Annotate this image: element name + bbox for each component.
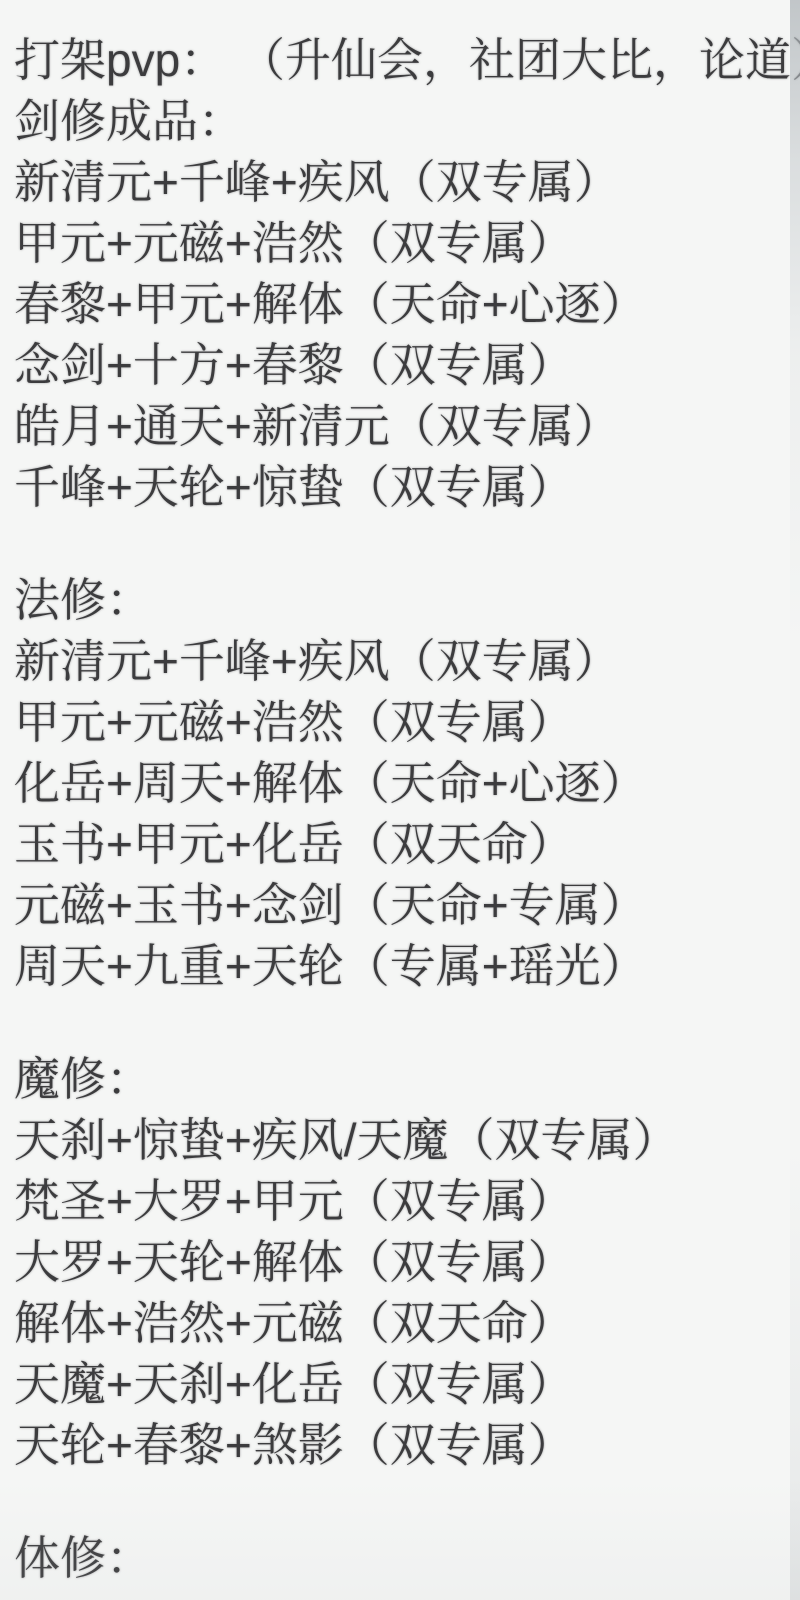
build-line: 玉书+甲元+化岳（双天命） bbox=[14, 814, 794, 875]
build-line: 元磁+玉书+念剑（天命+专属） bbox=[14, 875, 794, 936]
section-heading: 法修： bbox=[14, 570, 794, 631]
build-line: 梵圣+大罗+甲元（双专属） bbox=[14, 1171, 794, 1232]
section-heading: 魔修： bbox=[14, 1049, 794, 1110]
build-line: 新清元+千峰+疾风（双专属） bbox=[14, 631, 794, 692]
build-line: 甲元+元磁+浩然（双专属） bbox=[14, 213, 794, 274]
section-demon-builds: 魔修： 天刹+惊蛰+疾风/天魔（双专属） 梵圣+大罗+甲元（双专属） 大罗+天轮… bbox=[14, 1049, 794, 1476]
build-line: 周天+九重+天轮（专属+瑶光） bbox=[14, 936, 794, 997]
build-line: 天刹+惊蛰+疾风/天魔（双专属） bbox=[14, 1110, 794, 1171]
section-sword-builds: 剑修成品： 新清元+千峰+疾风（双专属） 甲元+元磁+浩然（双专属） 春黎+甲元… bbox=[14, 91, 794, 518]
build-line: 皓月+通天+新清元（双专属） bbox=[14, 396, 794, 457]
build-line: 天魔+天刹+化岳（双专属） bbox=[14, 1354, 794, 1415]
build-line: 新清元+千峰+疾风（双专属） bbox=[14, 152, 794, 213]
build-line: 念剑+十方+春黎（双专属） bbox=[14, 335, 794, 396]
section-heading: 剑修成品： bbox=[14, 91, 794, 152]
build-line: 解体+浩然+元磁（双天命） bbox=[14, 1293, 794, 1354]
section-heading: 体修： bbox=[14, 1528, 794, 1589]
build-line: 千峰+天轮+惊蛰（双专属） bbox=[14, 457, 794, 518]
document-page: 打架pvp： （升仙会，社团大比，论道） 剑修成品： 新清元+千峰+疾风（双专属… bbox=[0, 0, 800, 1600]
build-line: 天轮+春黎+煞影（双专属） bbox=[14, 1415, 794, 1476]
build-line: 化岳+周天+解体（天命+心逐） bbox=[14, 753, 794, 814]
section-spell-builds: 法修： 新清元+千峰+疾风（双专属） 甲元+元磁+浩然（双专属） 化岳+周天+解… bbox=[14, 570, 794, 997]
build-line: 大罗+天轮+解体（双专属） bbox=[14, 1232, 794, 1293]
section-body-builds: 体修： bbox=[14, 1528, 794, 1589]
build-line: 甲元+元磁+浩然（双专属） bbox=[14, 692, 794, 753]
build-line: 春黎+甲元+解体（天命+心逐） bbox=[14, 274, 794, 335]
title-line: 打架pvp： （升仙会，社团大比，论道） bbox=[14, 30, 794, 91]
